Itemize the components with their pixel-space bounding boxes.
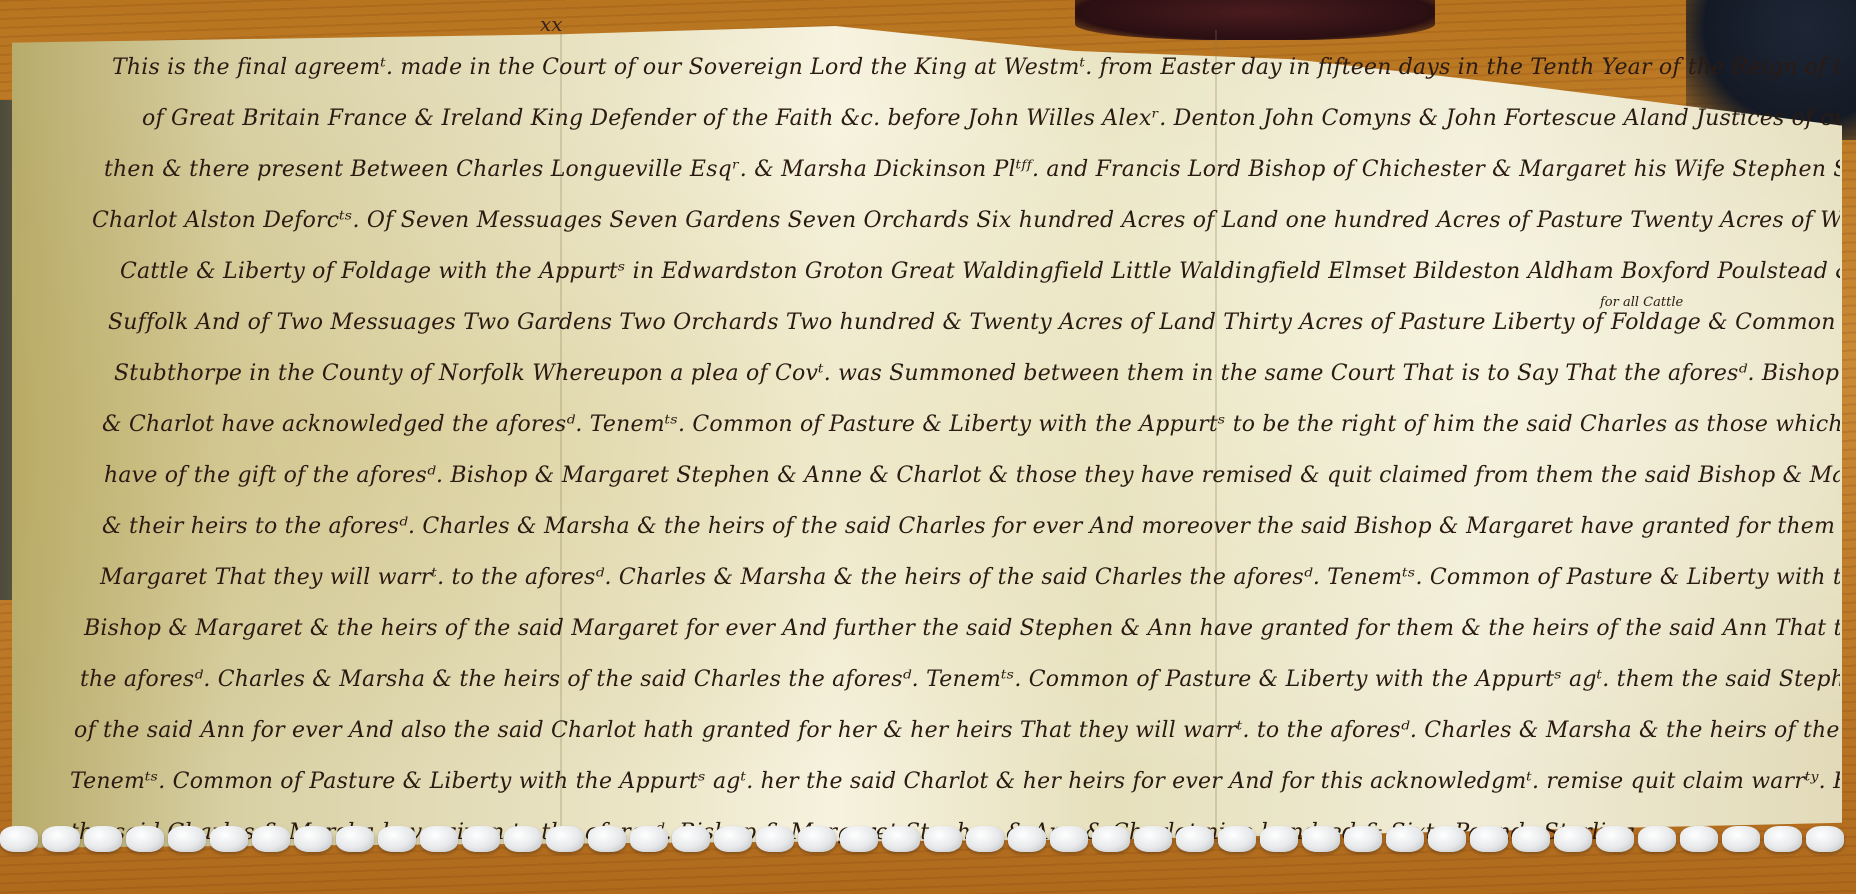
tape-bead — [126, 826, 164, 852]
tape-bead — [42, 826, 80, 852]
text-line: & their heirs to the aforesᵈ. Charles & … — [70, 505, 1840, 556]
tape-bead — [210, 826, 248, 852]
red-cloth-weight — [1075, 0, 1435, 40]
tape-bead — [504, 826, 542, 852]
tape-bead — [798, 826, 836, 852]
text-line: This is the final agreemᵗ. made in the C… — [70, 46, 1840, 97]
tape-bead — [1554, 826, 1592, 852]
text-line: of Great Britain France & Ireland King D… — [70, 97, 1840, 148]
text-line: Cattle & Liberty of Foldage with the App… — [70, 250, 1840, 301]
tape-bead — [1596, 826, 1634, 852]
tape-bead — [546, 826, 584, 852]
text-line: the aforesᵈ. Charles & Marsha & the heir… — [70, 658, 1840, 709]
tape-bead — [1512, 826, 1550, 852]
tape-bead — [294, 826, 332, 852]
tape-bead — [462, 826, 500, 852]
tape-bead — [336, 826, 374, 852]
text-line: Suffolk And of Two Messuages Two Gardens… — [70, 301, 1840, 352]
tape-bead — [1302, 826, 1340, 852]
tape-bead — [0, 826, 38, 852]
tape-bead — [1806, 826, 1844, 852]
tape-bead — [1092, 826, 1130, 852]
tape-bead — [1470, 826, 1508, 852]
indented-edge-tape — [0, 824, 1856, 854]
tape-bead — [1386, 826, 1424, 852]
tape-bead — [84, 826, 122, 852]
tape-bead — [588, 826, 626, 852]
tape-bead — [1680, 826, 1718, 852]
tape-bead — [1260, 826, 1298, 852]
text-line: Tenemᵗˢ. Common of Pasture & Liberty wit… — [70, 760, 1840, 811]
manuscript-text: This is the final agreemᵗ. made in the C… — [70, 46, 1840, 862]
text-line: have of the gift of the aforesᵈ. Bishop … — [70, 454, 1840, 505]
tape-bead — [420, 826, 458, 852]
tape-bead — [168, 826, 206, 852]
tape-bead — [1428, 826, 1466, 852]
tape-bead — [882, 826, 920, 852]
tape-bead — [1344, 826, 1382, 852]
tape-bead — [714, 826, 752, 852]
tape-bead — [1176, 826, 1214, 852]
tape-bead — [1050, 826, 1088, 852]
tape-bead — [1722, 826, 1760, 852]
text-line: & Charlot have acknowledged the aforesᵈ.… — [70, 403, 1840, 454]
tape-bead — [1134, 826, 1172, 852]
text-line: then & there present Between Charles Lon… — [70, 148, 1840, 199]
text-line: Margaret That they will warrᵗ. to the af… — [70, 556, 1840, 607]
tape-bead — [378, 826, 416, 852]
tape-bead — [1638, 826, 1676, 852]
tape-bead — [840, 826, 878, 852]
tape-bead — [924, 826, 962, 852]
tape-bead — [1008, 826, 1046, 852]
tape-bead — [672, 826, 710, 852]
text-line: Charlot Alston Deforcᵗˢ. Of Seven Messua… — [70, 199, 1840, 250]
tape-bead — [630, 826, 668, 852]
text-line: Bishop & Margaret & the heirs of the sai… — [70, 607, 1840, 658]
text-line: Stubthorpe in the County of Norfolk Wher… — [70, 352, 1840, 403]
corner-mark: xx — [540, 12, 563, 36]
text-line: of the said Ann for ever And also the sa… — [70, 709, 1840, 760]
tape-bead — [1218, 826, 1256, 852]
tape-bead — [1764, 826, 1802, 852]
tape-bead — [966, 826, 1004, 852]
tape-bead — [252, 826, 290, 852]
tape-bead — [756, 826, 794, 852]
